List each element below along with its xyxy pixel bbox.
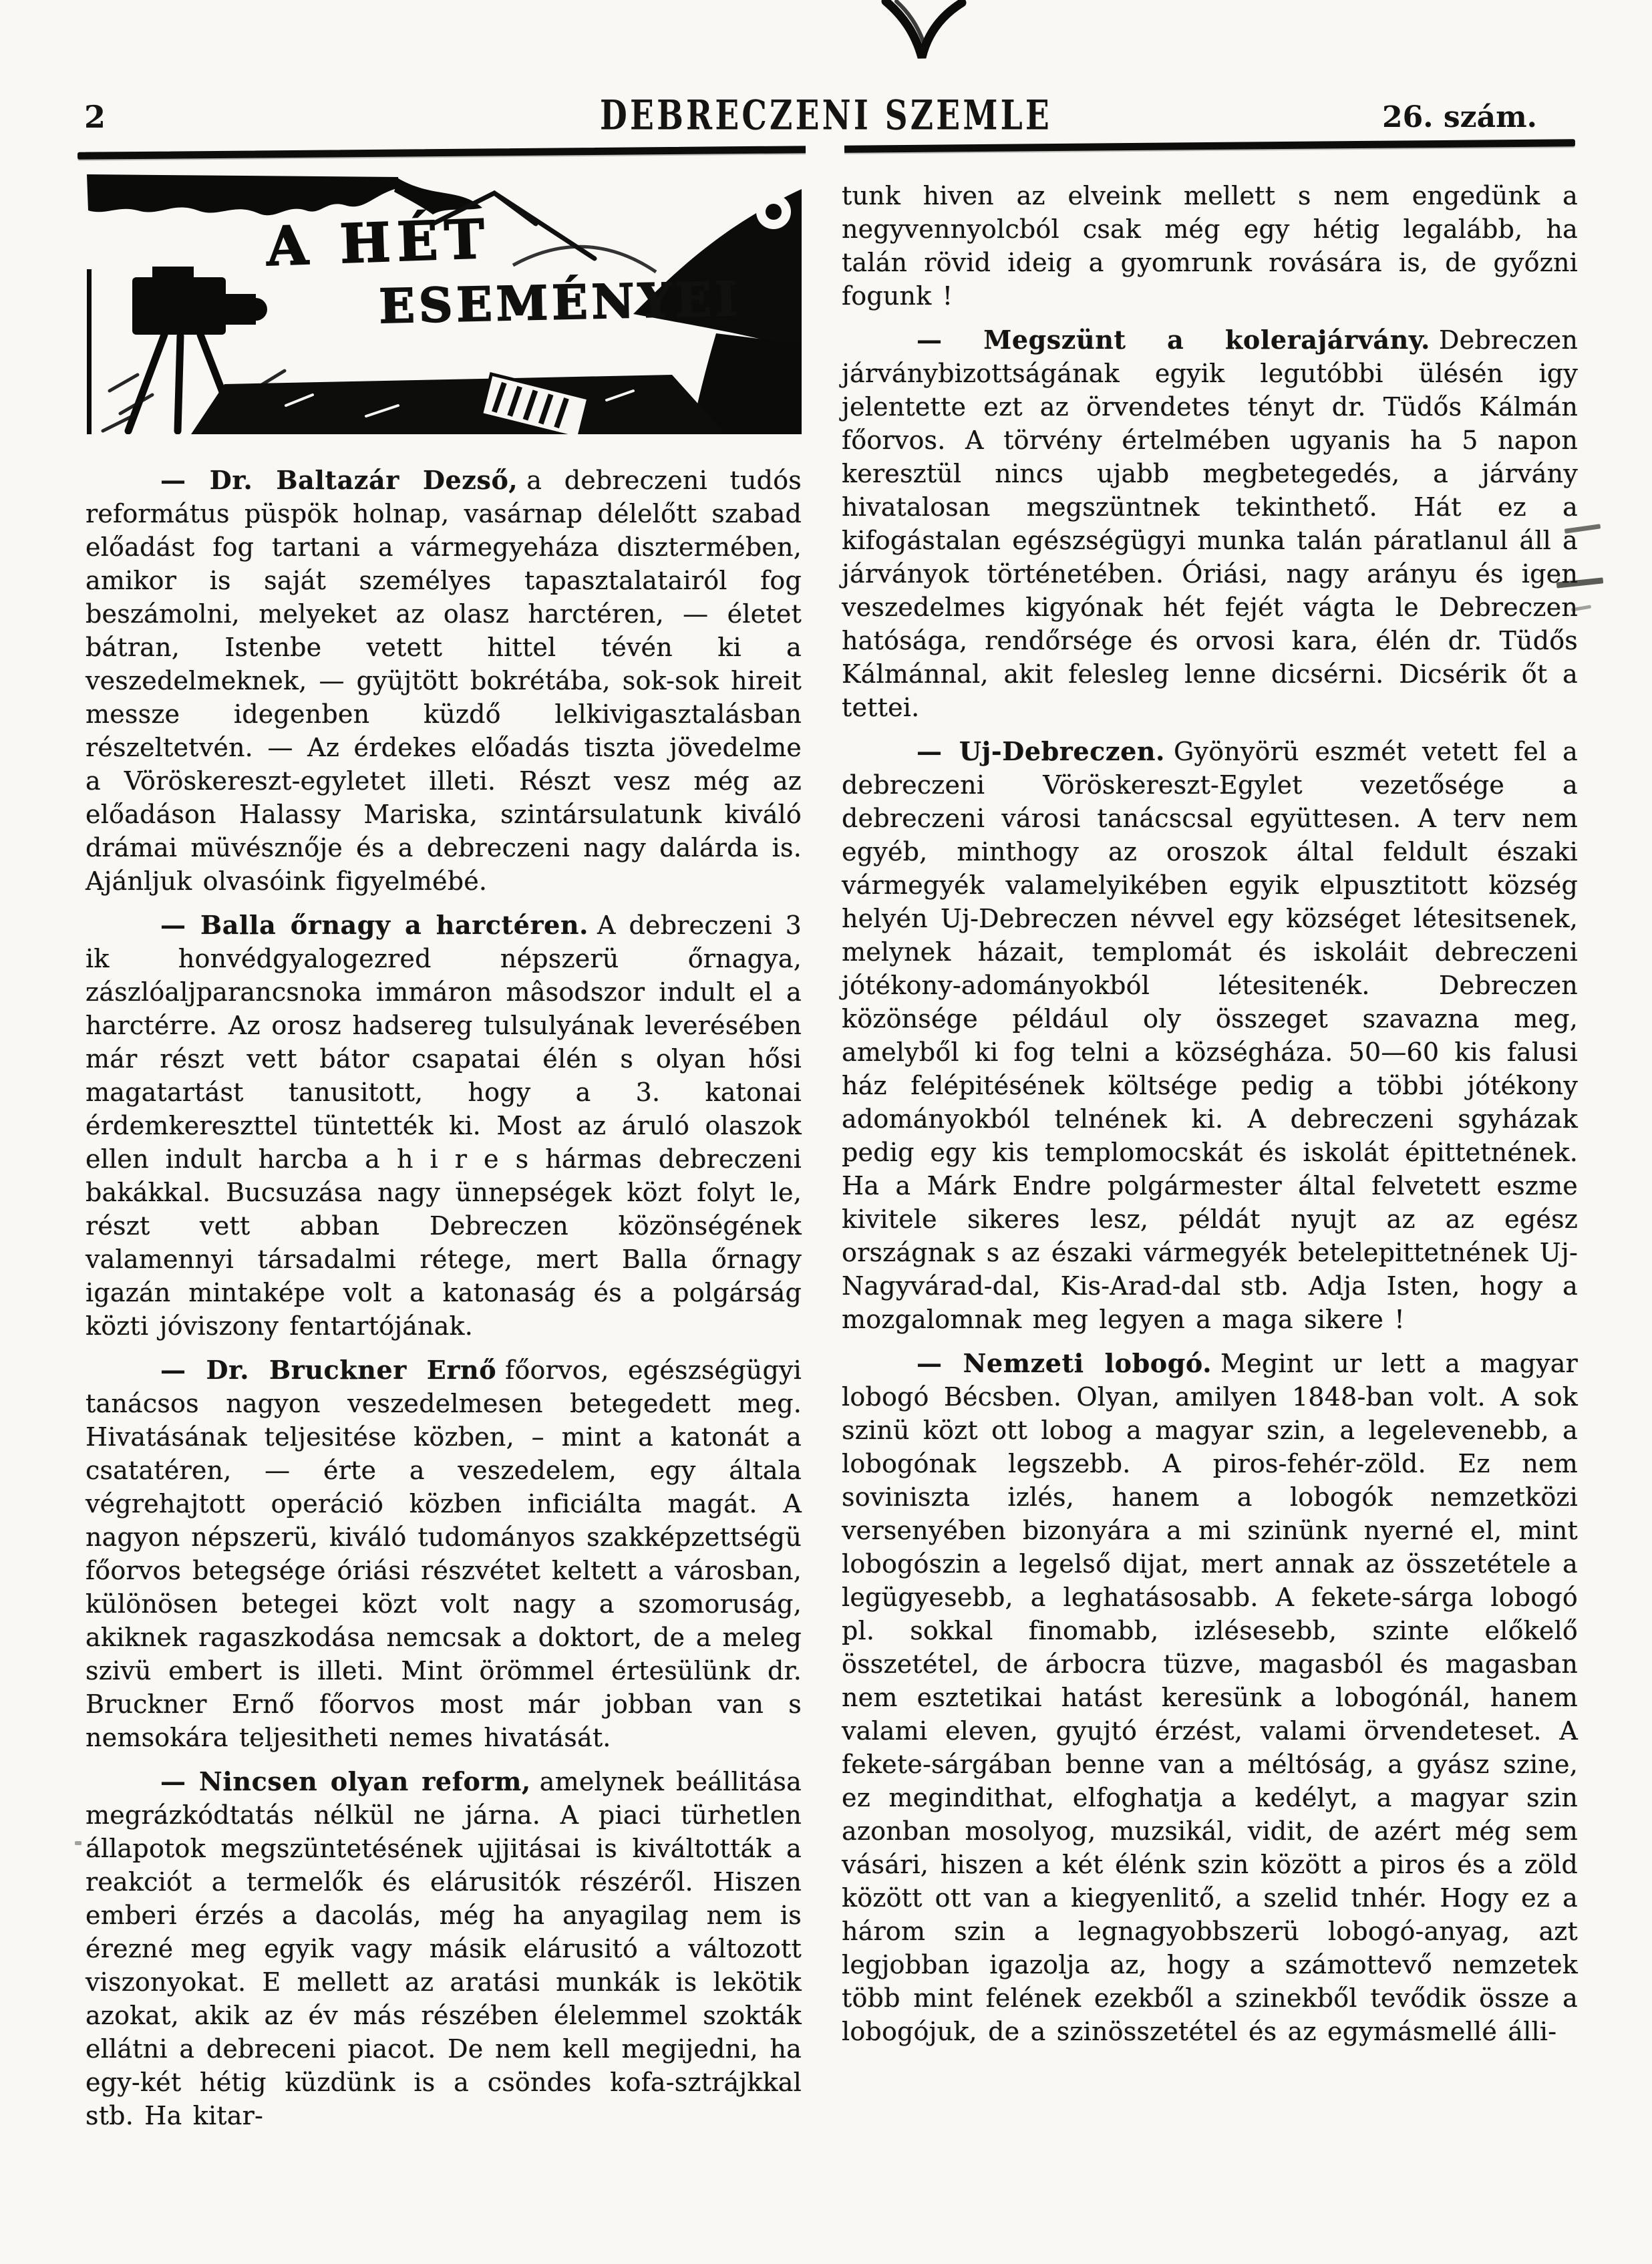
article-continuation: tunk hiven az elveink mellett s nem enge… [842,179,1578,313]
week-events-illustration: A HÉT ESEMÉNYEI [86,170,802,434]
issue-number: 26. szám. [1382,100,1537,134]
article-uj-debreczen: — Uj-Debreczen.Gyönyörü eszmét vetett fe… [842,735,1578,1336]
article-lead: — Dr. Baltazár Dezső, [160,465,518,495]
article-baltazar: — Dr. Baltazár Dezső,a debreczeni tudós … [86,464,802,898]
left-column: A HÉT ESEMÉNYEI — Dr. Baltazár Dezső,a d… [86,170,802,2143]
scan-smudge [75,1841,81,1845]
article-lead: — Megszünt a kolerajárvány. [917,325,1430,355]
article-body: tunk hiven az elveink mellett s nem enge… [842,181,1578,311]
illustration-caption-line1: A HÉT [265,207,492,278]
article-lead: — Balla őrnagy a harctéren. [160,910,589,940]
article-lead: — Nemzeti lobogó. [917,1348,1212,1378]
article-body: főorvos, egészségügyi tanácsos nagyon ve… [86,1355,802,1752]
masthead-title: DEBRECZENI SZEMLE [132,92,1520,139]
article-lead: — Uj-Debreczen. [917,736,1165,766]
article-balla: — Balla őrnagy a harctéren.A debreczeni … [86,909,802,1343]
article-reform: — Nincsen olyan reform,amelynek beállitá… [86,1765,802,2132]
article-body: Debreczen járványbizottságának egyik leg… [842,325,1578,722]
article-body: amelynek beállitása megrázkódtatás nélkü… [86,1767,802,2130]
illustration-caption-line2: ESEMÉNYEI [379,271,742,334]
article-lead: — Nincsen olyan reform, [160,1766,531,1796]
article-body: Gyönyörü eszmét vetett fel a debreczeni … [842,737,1578,1334]
header-rule-break [806,134,844,161]
pen-mark [876,0,977,61]
article-body: A debreczeni 3 ik honvédgyalogezred néps… [86,911,802,1341]
article-kolerajarvany: — Megszünt a kolerajárvány.Debreczen jár… [842,323,1578,724]
woodcut-graphic: A HÉT ESEMÉNYEI [86,170,802,434]
article-body: a debreczeni tudós református püspök hol… [86,466,802,896]
right-column: tunk hiven az elveink mellett s nem enge… [842,179,1578,2059]
newspaper-page: 2 DEBRECZENI SZEMLE 26. szám. [0,0,1652,2264]
article-nemzeti-lobogo: — Nemzeti lobogó.Megint ur lett a magyar… [842,1347,1578,2048]
page-number: 2 [84,99,106,135]
article-body: Megint ur lett a magyar lobogó Bécsben. … [842,1349,1578,2046]
article-lead: — Dr. Bruckner Ernő [160,1355,496,1385]
article-bruckner: — Dr. Bruckner Ernőfőorvos, egészségügyi… [86,1353,802,1754]
